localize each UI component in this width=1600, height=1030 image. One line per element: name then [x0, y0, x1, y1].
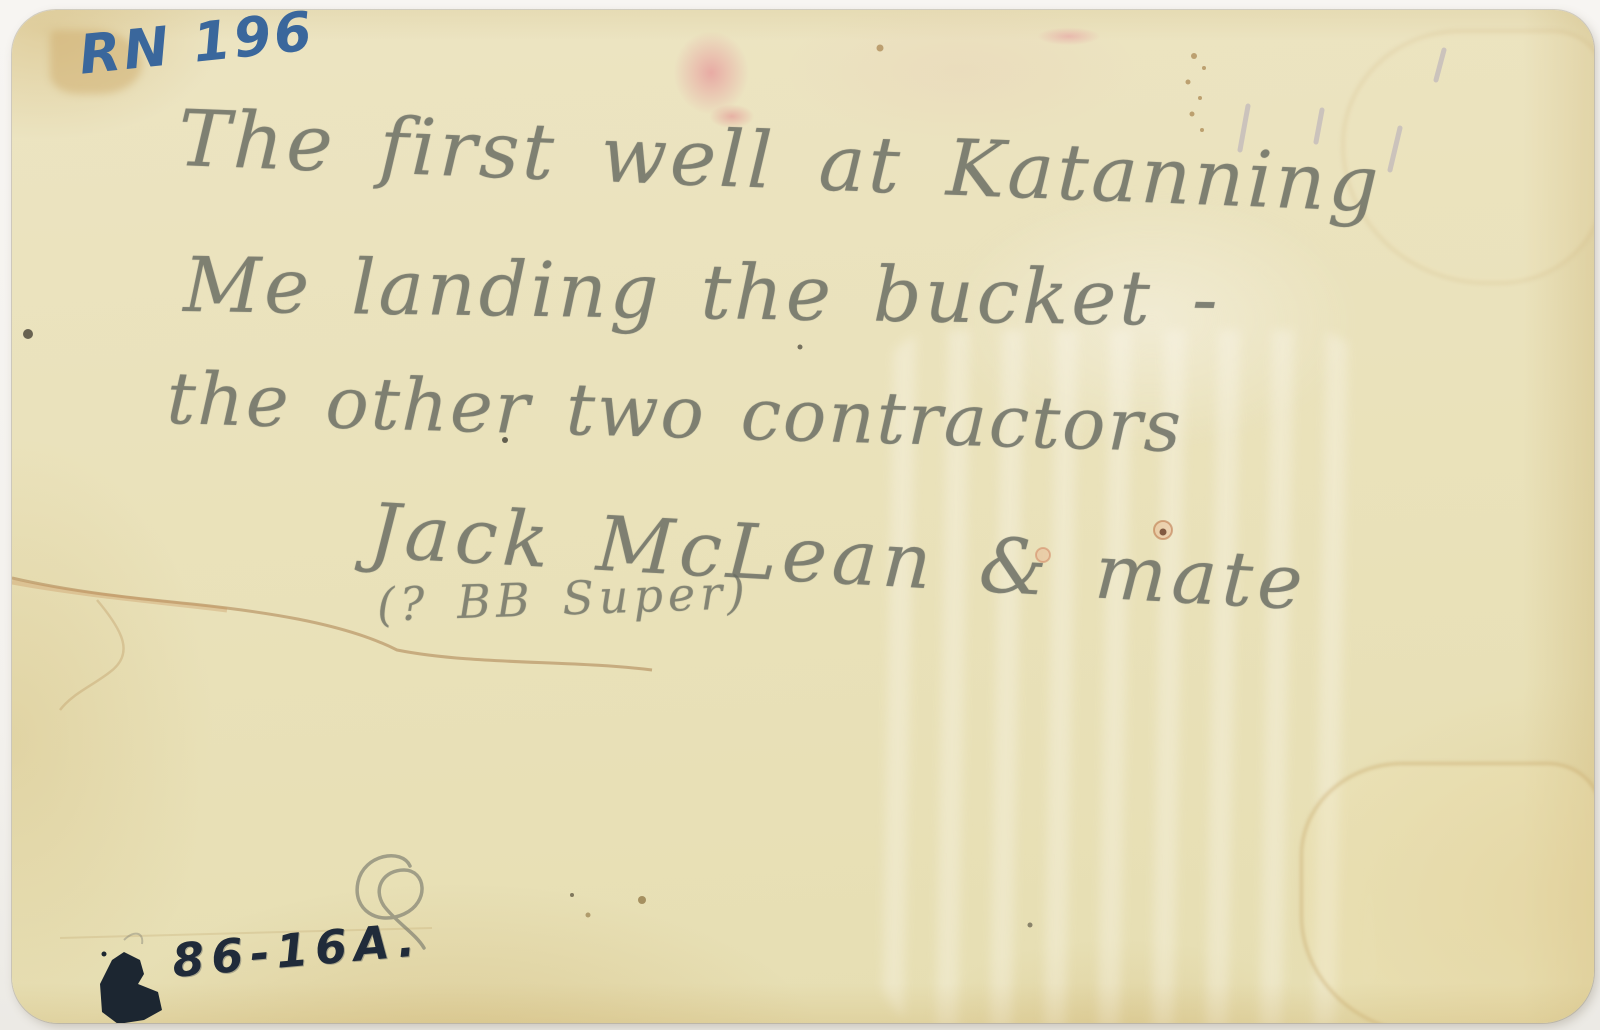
accession-number: 86-16A.: [170, 912, 424, 988]
caption-line-1: The first well at Katanning: [177, 94, 1384, 230]
speckle-cluster: [877, 45, 1207, 133]
scan-background: RN 196 The first well at Katanning Me la…: [0, 0, 1600, 1030]
caption-line-2: Me landing the bucket -: [183, 240, 1222, 343]
postcard-back: RN 196 The first well at Katanning Me la…: [12, 10, 1594, 1023]
caption-line-5: (? BB Super): [376, 565, 751, 632]
bottom-edge-stain: [12, 983, 1594, 1023]
catalog-number: RN 196: [76, 10, 318, 87]
paper-crack: [12, 578, 652, 938]
